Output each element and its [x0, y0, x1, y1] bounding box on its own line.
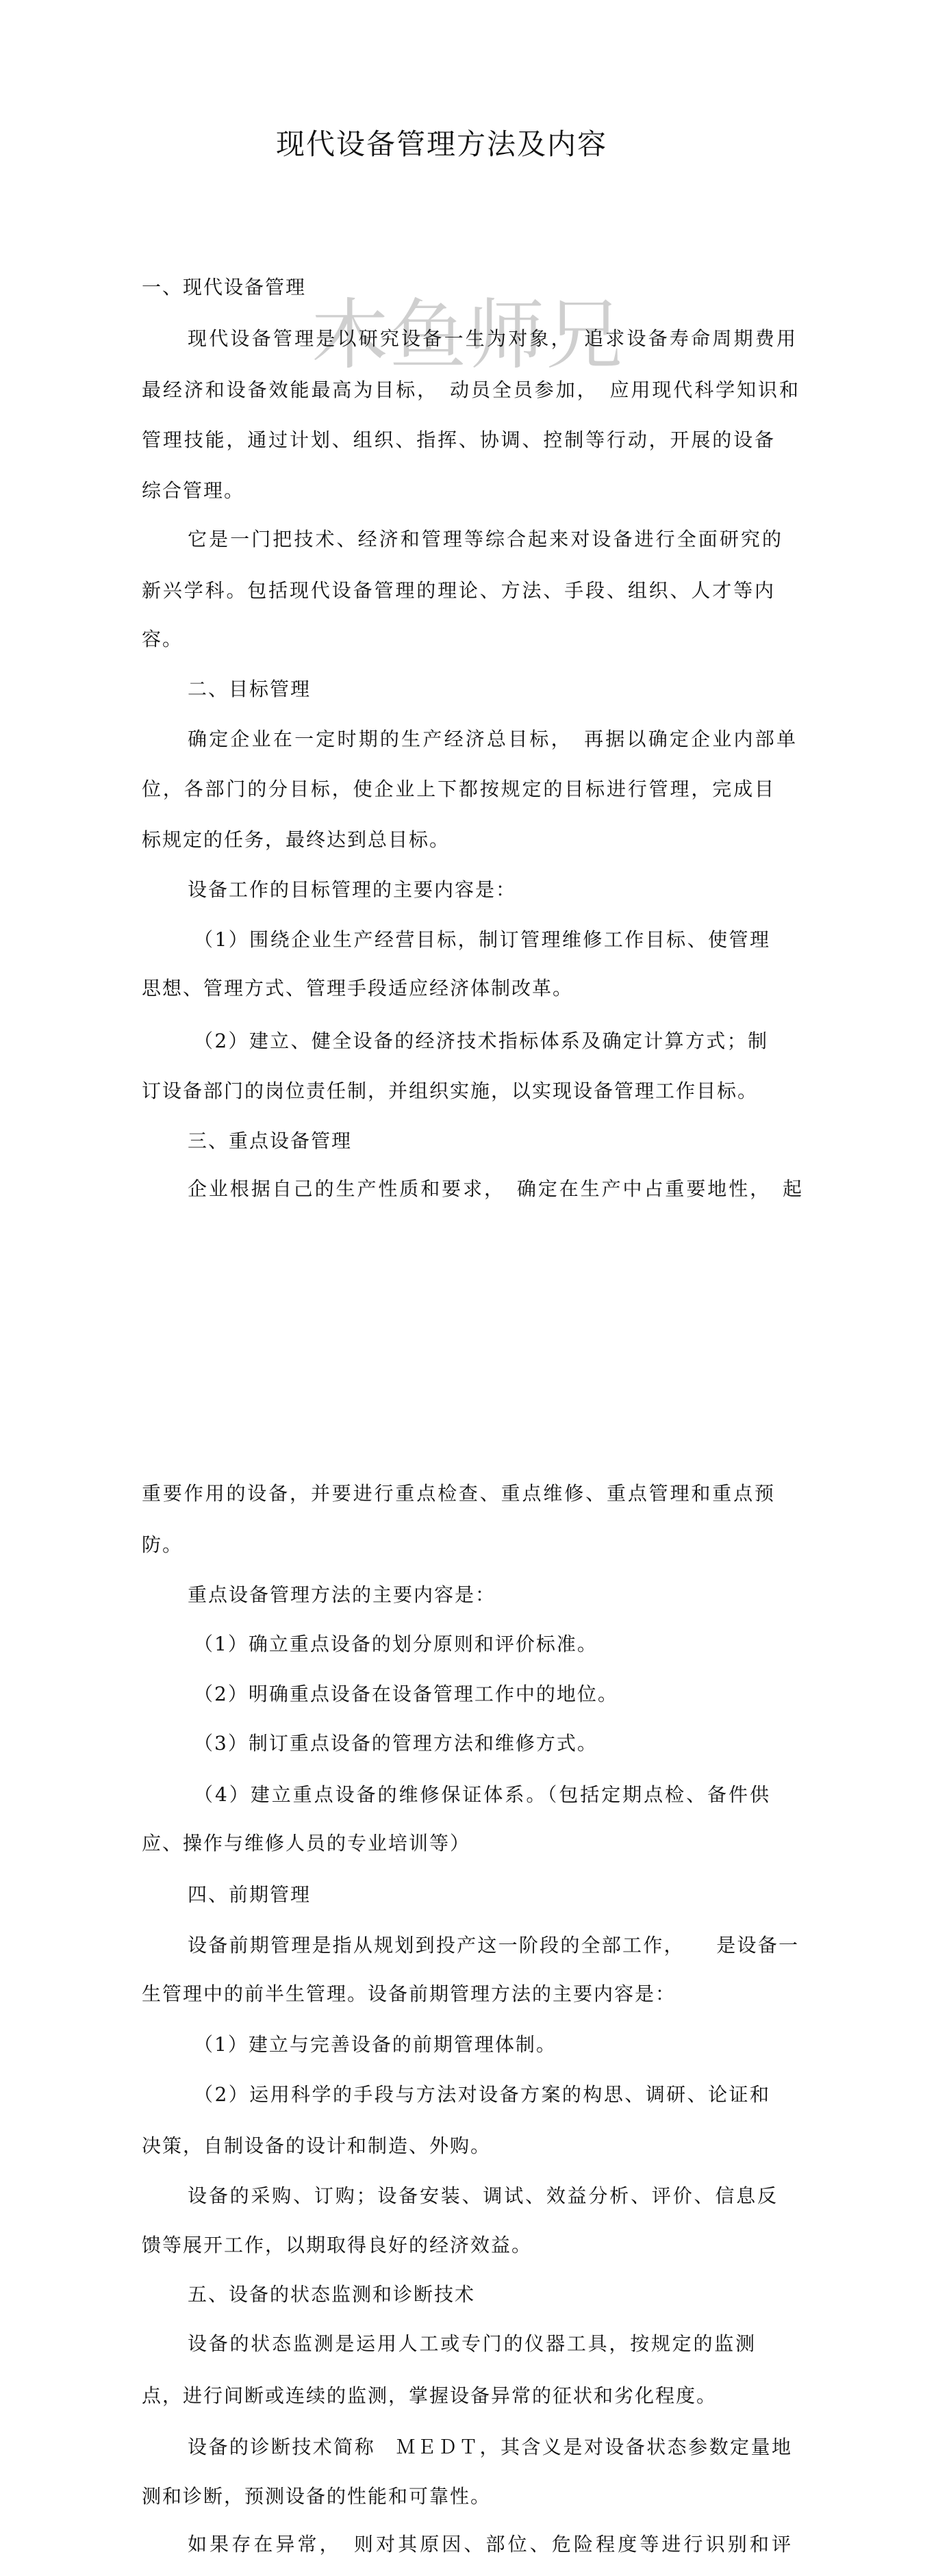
text-line: （2）明确重点设备在设备管理工作中的地位。 — [194, 1683, 618, 1706]
text-line: 最经济和设备效能最高为目标， 动员全员参加， 应用现代科学知识和 — [142, 379, 800, 402]
text-line: 综合管理。 — [142, 479, 244, 502]
text-line: 如果存在异常， 则对其原因、部位、危险程度等进行识别和评价， — [188, 2533, 792, 2556]
section-heading: 一、现代设备管理 — [142, 276, 306, 299]
text-line: 订设备部门的岗位责任制，并组织实施，以实现设备管理工作目标。 — [142, 1080, 758, 1103]
text-line: （2）运用科学的手段与方法对设备方案的构思、调研、论证和 — [194, 2083, 770, 2106]
text-line: （1）确立重点设备的划分原则和评价标准。 — [194, 1633, 598, 1656]
section-heading: 三、重点设备管理 — [188, 1130, 352, 1153]
text-line: 容。 — [142, 628, 183, 651]
text-line: 新兴学科。包括现代设备管理的理论、方法、手段、组织、人才等内 — [142, 579, 775, 602]
text-line: 设备的状态监测是运用人工或专门的仪器工具，按规定的监测 — [188, 2332, 756, 2356]
text-line: 设备前期管理是指从规划到投产这一阶段的全部工作， 是设备一 — [188, 1934, 799, 1957]
text-line: 管理技能，通过计划、组织、指挥、协调、控制等行动，开展的设备 — [142, 429, 775, 452]
document-page: 现代设备管理方法及内容 木鱼师兄 一、现代设备管理现代设备管理是以研究设备一生为… — [0, 0, 936, 2576]
text-line: 设备工作的目标管理的主要内容是： — [188, 878, 516, 902]
text-line: 它是一门把技术、经济和管理等综合起来对设备进行全面研究的 — [188, 528, 783, 551]
text-line: 点，进行间断或连续的监测，掌握设备异常的征状和劣化程度。 — [142, 2384, 717, 2408]
section-heading: 二、目标管理 — [188, 678, 311, 701]
text-line: 确定企业在一定时期的生产经济总目标， 再据以确定企业内部单 — [188, 728, 797, 751]
text-line: 防。 — [142, 1533, 183, 1557]
text-line: 重点设备管理方法的主要内容是： — [188, 1583, 496, 1607]
text-line: 企业根据自己的生产性质和要求， 确定在生产中占重要地性， 起 — [188, 1177, 803, 1201]
text-line: 重要作用的设备，并要进行重点检查、重点维修、重点管理和重点预 — [142, 1482, 775, 1505]
text-line: 馈等展开工作，以期取得良好的经济效益。 — [142, 2234, 532, 2257]
section-heading: 五、设备的状态监测和诊断技术 — [188, 2283, 475, 2306]
text-line: 设备的诊断技术简称 ＭＥＤＴ，其含义是对设备状态参数定量地检 — [188, 2436, 792, 2459]
text-line: （1）建立与完善设备的前期管理体制。 — [194, 2033, 557, 2056]
text-line: （3）制订重点设备的管理方法和维修方式。 — [194, 1732, 598, 1755]
text-line: 设备的采购、订购；设备安装、调试、效益分析、评价、信息反 — [188, 2184, 778, 2208]
text-line: 测和诊断，预测设备的性能和可靠性。 — [142, 2485, 491, 2508]
text-line: 标规定的任务，最终达到总目标。 — [142, 828, 450, 852]
text-line: 应、操作与维修人员的专业培训等） — [142, 1832, 470, 1855]
text-line: （2）建立、健全设备的经济技术指标体系及确定计算方式；制 — [194, 1030, 768, 1053]
text-line: 决策，自制设备的设计和制造、外购。 — [142, 2134, 491, 2158]
text-line: 生管理中的前半生管理。设备前期管理方法的主要内容是： — [142, 1982, 676, 2006]
text-line: 位，各部门的分目标，使企业上下都按规定的目标进行管理，完成目 — [142, 778, 775, 801]
document-title: 现代设备管理方法及内容 — [276, 127, 607, 162]
text-line: 思想、管理方式、管理手段适应经济体制改革。 — [142, 977, 573, 1000]
text-line: （1）围绕企业生产经营目标，制订管理维修工作目标、使管理 — [194, 928, 770, 952]
text-line: （4）建立重点设备的维修保证体系。（包括定期点检、备件供 — [194, 1783, 770, 1807]
text-line: 现代设备管理是以研究设备一生为对象， 追求设备寿命周期费用 — [188, 327, 797, 350]
section-heading: 四、前期管理 — [188, 1883, 311, 1907]
